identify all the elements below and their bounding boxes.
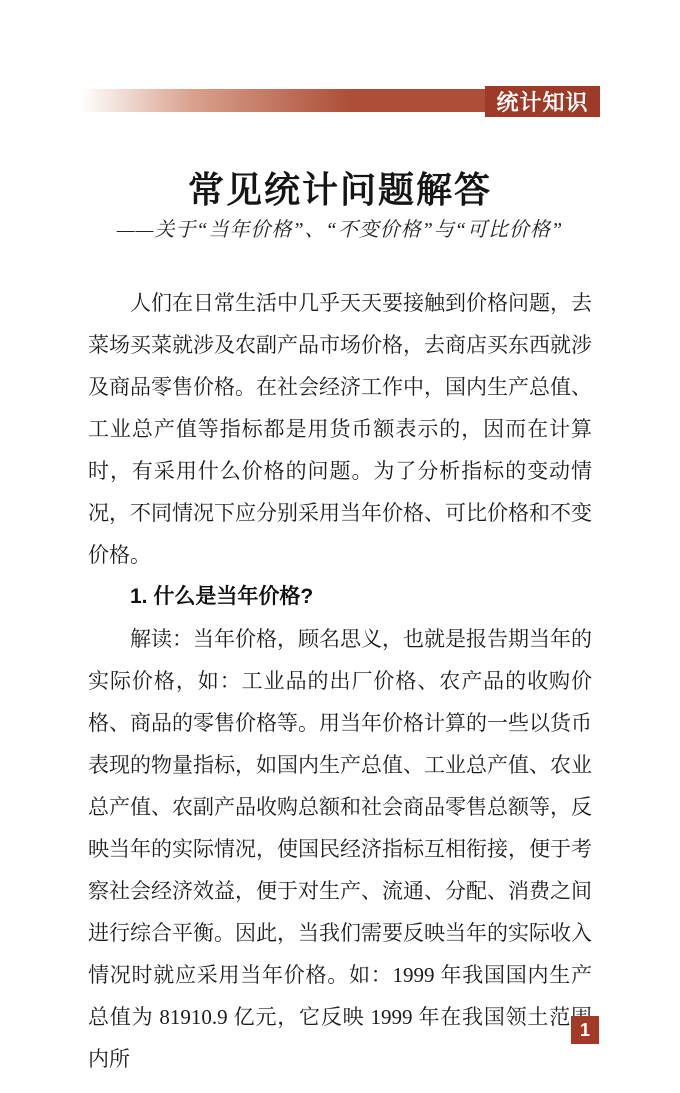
page-number-badge: 1	[571, 1016, 599, 1044]
section-heading-question: 1. 什么是当年价格?	[88, 576, 592, 618]
page-subtitle: ——关于“当年价格”、“不变价格”与“可比价格”	[0, 213, 680, 242]
intro-paragraph: 人们在日常生活中几乎天天要接触到价格问题，去菜场买菜就涉及农副产品市场价格，去商…	[88, 282, 592, 576]
body-text: 人们在日常生活中几乎天天要接触到价格问题，去菜场买菜就涉及农副产品市场价格，去商…	[88, 282, 592, 1080]
page-title: 常见统计问题解答	[0, 162, 680, 213]
header-topic-label: 统计知识	[485, 86, 600, 117]
document-page: 统计知识 常见统计问题解答 ——关于“当年价格”、“不变价格”与“可比价格” 人…	[0, 0, 680, 1093]
answer-paragraph: 解读：当年价格，顾名思义，也就是报告期当年的实际价格，如：工业品的出厂价格、农产…	[88, 618, 592, 1080]
